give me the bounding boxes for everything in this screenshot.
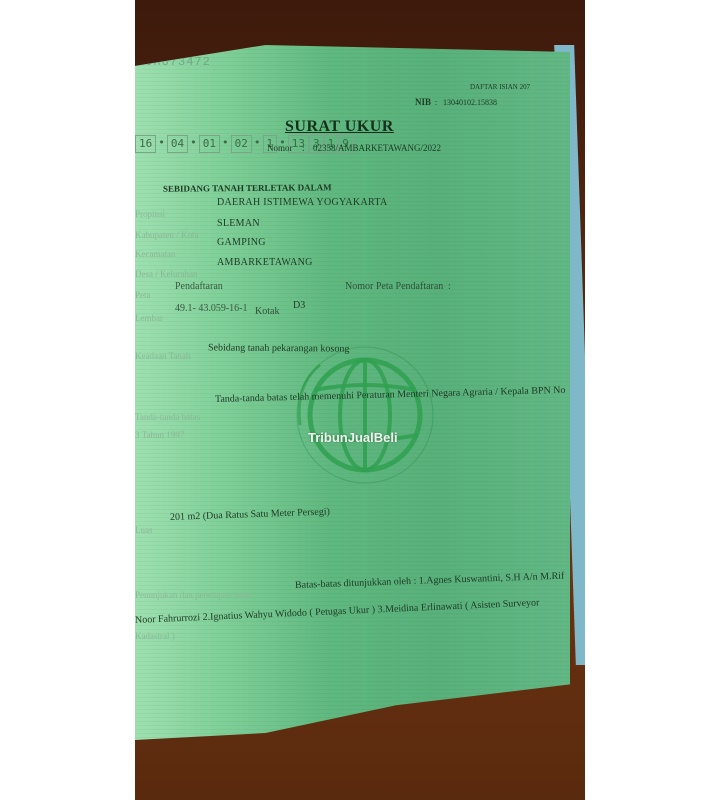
code-box: 16 — [135, 135, 156, 153]
kotak-label: Kotak — [255, 306, 279, 317]
kabupaten-label: Kabupaten / Kota — [135, 230, 198, 240]
bpn-emblem — [290, 345, 440, 485]
keadaan-label: Keadaan Tanah — [135, 351, 190, 361]
nib-value: 13040102.15838 — [443, 98, 497, 107]
kotak-value: D3 — [293, 300, 305, 311]
batas-value-line2: 3 Tahun 1997 — [135, 430, 184, 440]
peta-label: Peta — [135, 290, 151, 300]
form-name: DAFTAR ISIAN 207 — [470, 83, 530, 91]
nomor-peta-label: Nomor Peta Pendaftaran — [345, 281, 443, 292]
penunjukan-line3: Kadastral ) — [135, 631, 175, 641]
nomor-label: Nomor — [267, 143, 293, 153]
nomor-peta-colon: : — [448, 281, 451, 292]
lembar-value: 49.1- 43.059-16-1 — [175, 303, 248, 314]
code-box: 02 — [231, 135, 252, 153]
propinsi-label: Propinsi — [135, 209, 165, 219]
surat-ukur-page: 10H873472 16•04•01•02•1•13319 DAFTAR ISI… — [135, 45, 570, 740]
code-box: 04 — [167, 135, 188, 153]
section-heading: SEBIDANG TANAH TERLETAK DALAM — [163, 182, 332, 193]
code-separator: • — [156, 135, 167, 151]
nomor-value: 02358/AMBARKETAWANG/2022 — [313, 143, 441, 153]
penunjukan-line2: Noor Fahrurrozi 2.Ignatius Wahyu Widodo … — [135, 597, 540, 626]
kecamatan-label: Kecamatan — [135, 249, 175, 259]
document-photo: 10H873472 16•04•01•02•1•13319 DAFTAR ISI… — [135, 0, 585, 800]
batas-label: Tanda-tanda batas — [135, 412, 200, 422]
penunjukan-line1: Batas-batas ditunjukkan oleh : 1.Agnes K… — [295, 571, 565, 591]
keadaan-value: Sebidang tanah pekarangan kosong — [208, 342, 349, 354]
nib-colon: : — [435, 98, 437, 107]
propinsi-value: DAERAH ISTIMEWA YOGYAKARTA — [217, 197, 387, 208]
watermark: TribunJualBeli — [308, 430, 398, 445]
code-box: 01 — [199, 135, 220, 153]
code-separator: • — [188, 135, 199, 151]
desa-value: AMBARKETAWANG — [217, 257, 313, 268]
luas-value: 201 m2 (Dua Ratus Satu Meter Persegi) — [170, 506, 330, 523]
lembar-label: Lembar — [135, 313, 163, 323]
ornamental-seal — [315, 720, 435, 760]
kecamatan-value: GAMPING — [217, 237, 266, 248]
nib-label: NIB — [415, 97, 431, 107]
kabupaten-value: SLEMAN — [217, 218, 260, 229]
luas-label: Luas — [135, 525, 153, 535]
nomor-colon: : — [302, 143, 305, 153]
document-title: SURAT UKUR — [285, 118, 394, 136]
peta-value: Pendaftaran — [175, 281, 223, 292]
desa-label: Desa / Kelurahan — [135, 269, 197, 279]
code-separator: • — [252, 135, 263, 151]
code-separator: • — [220, 135, 231, 151]
serial-number: 10H873472 — [137, 55, 211, 69]
penunjukan-label: Penunjukan dan penetapan batas — [135, 590, 252, 600]
